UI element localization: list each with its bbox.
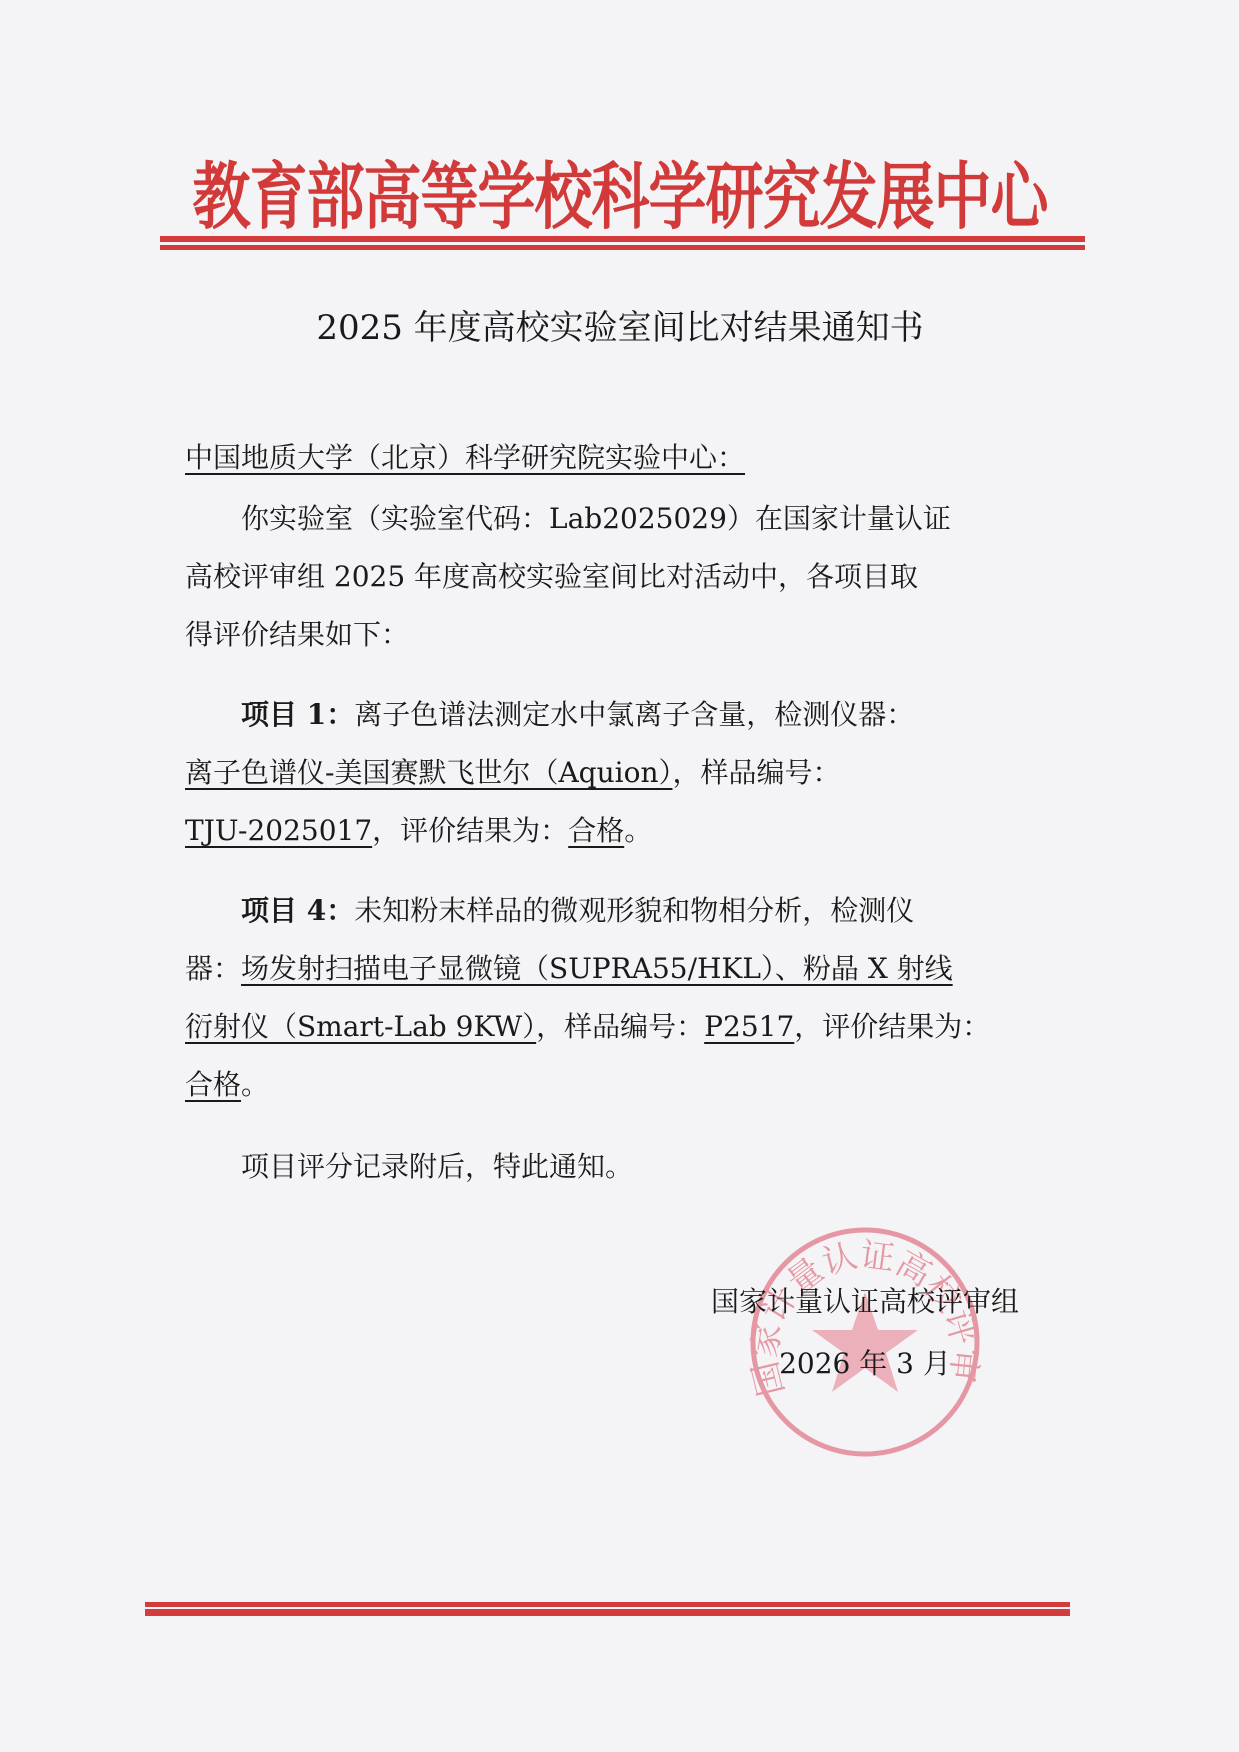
item-4-sample-label: ，样品编号： xyxy=(536,1010,704,1043)
intro-line-3: 得评价结果如下： xyxy=(185,606,1045,664)
recipient: 中国地质大学（北京）科学研究院实验中心： xyxy=(185,429,1045,487)
letterhead-rule-bottom-thick xyxy=(145,1609,1070,1616)
signature-organization: 国家计量认证高校评审组 xyxy=(675,1280,1055,1320)
letterhead-title: 教育部高等学校科学研究发展中心 xyxy=(150,138,1090,243)
item-4-end: 。 xyxy=(241,1068,269,1101)
letterhead-rule-bottom-thin xyxy=(145,1602,1070,1607)
item-4-instrument-line-1: 场发射扫描电子显微镜（SUPRA55/HKL）、粉晶 X 射线 xyxy=(241,952,953,985)
item-4-result-label: ，评价结果为： xyxy=(794,1010,990,1043)
signature-date: 2026 年 3 月 xyxy=(675,1342,1055,1382)
item-1-label: 项目 1： xyxy=(241,698,354,731)
item-1-sample-label: ，样品编号： xyxy=(673,756,841,789)
item-4-instrument-line-2: 衍射仪（Smart-Lab 9KW） xyxy=(185,1010,536,1043)
item-4-label: 项目 4： xyxy=(241,894,354,927)
intro-line-2: 高校评审组 2025 年度高校实验室间比对活动中，各项目取 xyxy=(185,548,1045,606)
closing-paragraph: 项目评分记录附后，特此通知。 xyxy=(185,1138,1045,1196)
item-1-end: 。 xyxy=(624,814,652,847)
item-4-sample-id: P2517 xyxy=(704,1010,794,1043)
letterhead-rule-top-thin xyxy=(160,245,1085,250)
item-4-paragraph: 项目 4：未知粉末样品的微观形貌和物相分析，检测仪 器：场发射扫描电子显微镜（S… xyxy=(185,882,1045,1114)
closing-text: 项目评分记录附后，特此通知。 xyxy=(185,1138,1045,1196)
item-4-description: 未知粉末样品的微观形貌和物相分析，检测仪 xyxy=(354,894,914,927)
document-title: 2025 年度高校实验室间比对结果通知书 xyxy=(150,300,1090,349)
recipient-name: 中国地质大学（北京）科学研究院实验中心： xyxy=(185,441,745,474)
intro-paragraph: 你实验室（实验室代码：Lab2025029）在国家计量认证 高校评审组 2025… xyxy=(185,490,1045,664)
item-1-paragraph: 项目 1：离子色谱法测定水中氯离子含量，检测仪器： 离子色谱仪-美国赛默飞世尔（… xyxy=(185,686,1045,860)
item-4-instrument-prefix: 器： xyxy=(185,952,241,985)
item-1-sample-id: TJU-2025017 xyxy=(185,814,372,847)
item-1-result-label: ，评价结果为： xyxy=(372,814,568,847)
item-1-result: 合格 xyxy=(568,814,624,847)
intro-line-1: 你实验室（实验室代码：Lab2025029）在国家计量认证 xyxy=(185,490,1045,548)
item-1-description: 离子色谱法测定水中氯离子含量，检测仪器： xyxy=(354,698,914,731)
item-1-instrument: 离子色谱仪-美国赛默飞世尔（Aquion） xyxy=(185,756,673,789)
item-4-result: 合格 xyxy=(185,1068,241,1101)
letterhead-rule-top-thick xyxy=(160,236,1085,242)
